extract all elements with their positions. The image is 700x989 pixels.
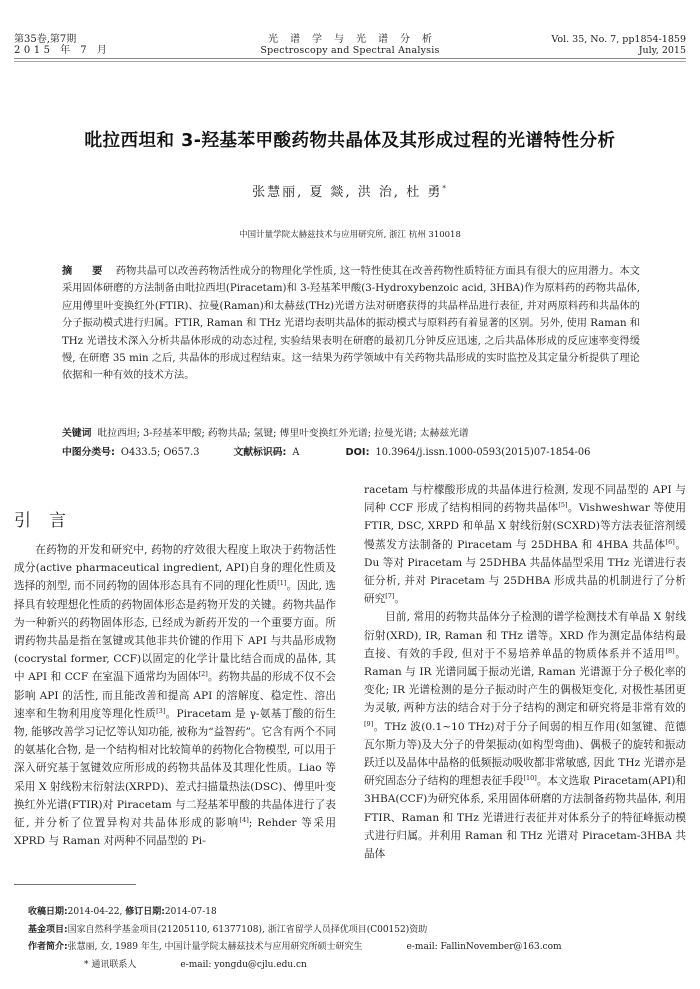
received-label: 收稿日期:	[28, 907, 68, 917]
clc-label: 中图分类号:	[62, 447, 115, 458]
citation-ref[interactable]: [5]	[558, 501, 567, 509]
footnote-funding: 基金项目:国家自然科学基金项目(21205110, 61377108), 浙江省…	[28, 922, 688, 940]
doc-code-value: A	[292, 447, 299, 458]
clc-value: O433.5; O657.3	[121, 447, 200, 458]
text-run: 。	[394, 593, 405, 605]
abstract: 摘 要 药物共晶可以改善药物活性成分的物理化学性质, 这一特性使其在改善药物性质…	[62, 263, 640, 385]
paper-title: 吡拉西坦和 3-羟基苯甲酸药物共晶体及其形成过程的光谱特性分析	[0, 127, 700, 152]
affiliation: 中国计量学院太赫兹技术与应用研究所, 浙江 杭州 310018	[0, 228, 700, 240]
section-heading-introduction: 引言	[14, 506, 84, 531]
body-column-left: 在药物的开发和研究中, 药物的疗效很大程度上取决于药物活性成分(active p…	[14, 541, 336, 850]
doi-label: DOI:	[345, 447, 369, 458]
footnote-author-bio: 作者简介:张慧丽, 女, 1989 年生, 中国计量学院太赫兹技术与应用研究所硕…	[28, 939, 688, 957]
journal-pages-info: Vol. 35, No. 7, pp1854-1859 July, 2015	[551, 34, 686, 56]
text-run: 。本文选取 Piracetam(API)和 3HBA(CCF)为研究体系, 采用…	[364, 775, 686, 860]
footnote-contact: * 通讯联系人e-mail: yongdu@cjlu.edu.cn	[28, 957, 688, 975]
classification-line: 中图分类号:O433.5; O657.3文献标识码:ADOI:10.3964/j…	[62, 444, 662, 461]
contact-label: * 通讯联系人	[84, 960, 136, 970]
citation-ref[interactable]: [8]	[665, 647, 674, 655]
paragraph: 目前, 常用的药物共晶体分子检测的谱学检测技术有单晶 X 射线衍射(XRD), …	[364, 608, 686, 863]
citation-ref[interactable]: [6]	[666, 538, 675, 546]
header-divider-secondary	[14, 61, 686, 62]
keywords-text: 吡拉西坦; 3-羟基苯甲酸; 药物共晶; 氢键; 傅里叶变换红外光谱; 拉曼光谱…	[97, 428, 468, 439]
citation-ref[interactable]: [9]	[364, 720, 373, 728]
footnote-dates: 收稿日期:2014-04-22, 修订日期:2014-07-18	[28, 904, 688, 922]
text-run: 。因此, 选择具有较理想化性质的药物固体形态是药物开发的关键。药物共晶作为一种新…	[14, 580, 336, 683]
fund-label: 基金项目:	[28, 925, 68, 935]
text-run: 目前, 常用的药物共晶体分子检测的谱学检测技术有单晶 X 射线衍射(XRD), …	[364, 611, 686, 659]
citation-ref[interactable]: [4]	[240, 816, 249, 824]
revised-date: 2014-07-18	[165, 907, 217, 917]
keywords: 关键词吡拉西坦; 3-羟基苯甲酸; 药物共晶; 氢键; 傅里叶变换红外光谱; 拉…	[62, 425, 662, 442]
abstract-label: 摘 要	[62, 266, 110, 277]
header-divider	[14, 58, 686, 59]
corresponding-mark: *	[442, 185, 448, 193]
text-run: 。Piracetam 是 γ-氨基丁酸的衍生物, 能够改善学习记忆等认知功能, …	[14, 708, 336, 829]
paragraph: racetam 与柠檬酸形成的共晶体进行检测, 发现不同晶型的 API 与同种 …	[364, 481, 686, 608]
bio-label: 作者简介:	[28, 942, 68, 952]
revised-label: 修订日期:	[125, 907, 165, 917]
bio-email[interactable]: e-mail: FallinNovember@163.com	[407, 942, 562, 952]
paragraph: 在药物的开发和研究中, 药物的疗效很大程度上取决于药物活性成分(active p…	[14, 541, 336, 850]
doi-value: 10.3964/j.issn.1000-0593(2015)07-1854-06	[376, 447, 591, 458]
contact-email[interactable]: e-mail: yongdu@cjlu.edu.cn	[180, 960, 306, 970]
author-list: 张慧丽, 夏 燚, 洪 治, 杜 勇*	[0, 181, 700, 200]
citation-ref[interactable]: [3]	[156, 707, 165, 715]
body-column-right: racetam 与柠檬酸形成的共晶体进行检测, 发现不同晶型的 API 与同种 …	[364, 481, 686, 863]
fund-value: 国家自然科学基金项目(21205110, 61377108), 浙江省留学人员择…	[68, 925, 428, 935]
citation-ref[interactable]: [10]	[523, 774, 536, 782]
footnote-divider	[14, 884, 136, 885]
vol-pages: Vol. 35, No. 7, pp1854-1859	[551, 34, 686, 45]
abstract-text: 药物共晶可以改善药物活性成分的物理化学性质, 这一特性使其在改善药物性质特征方面…	[62, 266, 640, 381]
bio-value: 张慧丽, 女, 1989 年生, 中国计量学院太赫兹技术与应用研究所硕士研究生	[68, 942, 363, 952]
footnotes: 收稿日期:2014-04-22, 修订日期:2014-07-18 基金项目:国家…	[28, 904, 688, 974]
keywords-label: 关键词	[62, 428, 91, 439]
month-year: July, 2015	[551, 45, 686, 56]
doc-code-label: 文献标识码:	[233, 447, 286, 458]
received-date: 2014-04-22,	[68, 907, 123, 917]
citation-ref[interactable]: [2]	[199, 670, 208, 678]
authors-text: 张慧丽, 夏 燚, 洪 治, 杜 勇	[252, 185, 442, 200]
